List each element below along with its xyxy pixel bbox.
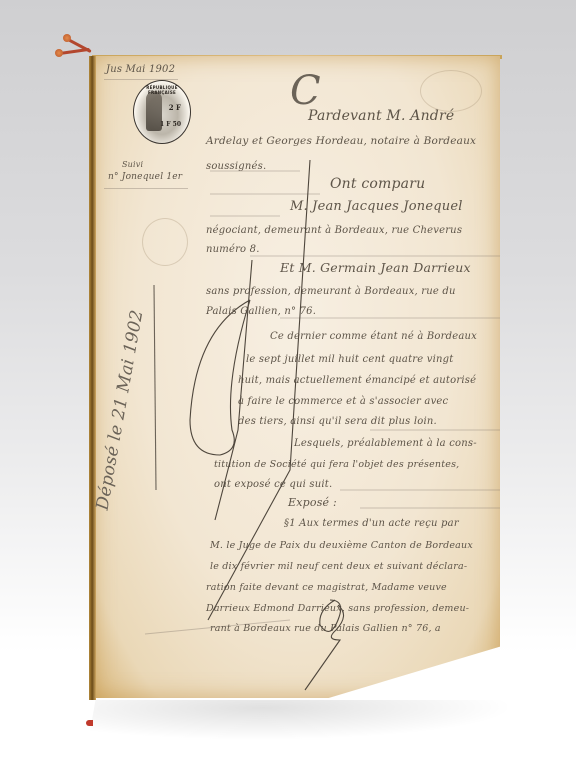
body-line: soussignés. [206, 161, 266, 172]
body-line: Lesquels, préalablement à la cons- [294, 438, 477, 449]
document-shadow [88, 700, 515, 740]
cord-tuft-upper [63, 34, 71, 42]
binding-cord-bottom [86, 720, 93, 726]
body-line: Darrieux Edmond Darrieux, sans professio… [206, 603, 469, 614]
body-line: à faire le commerce et à s'associer avec [238, 396, 448, 407]
body-line: rant à Bordeaux rue du Palais Gallien n°… [210, 623, 441, 634]
margin-note-line-2: n° Jonequel 1er [108, 172, 182, 182]
margin-note-rule [104, 188, 188, 189]
body-line: négociant, demeurant à Bordeaux, rue Che… [206, 225, 462, 236]
cord-tuft-lower [55, 49, 63, 57]
body-line: le dix février mil neuf cent deux et sui… [210, 561, 467, 572]
stamp-value-bottom: 1 F 50 [160, 121, 181, 128]
body-line: Pardevant M. André [308, 108, 454, 124]
body-line: M. le Juge de Paix du deuxième Canton de… [210, 540, 473, 551]
body-line: Ont comparu [330, 176, 425, 192]
body-line: numéro 8. [206, 244, 260, 255]
body-line: Ardelay et Georges Hordeau, notaire à Bo… [206, 135, 476, 147]
body-line: M. Jean Jacques Jonequel [290, 199, 463, 214]
body-line: §1 Aux termes d'un acte reçu par [284, 518, 459, 529]
header-date-note: Jus Mai 1902 [106, 64, 175, 75]
margin-note-line-1: Suivi [122, 160, 143, 169]
body-line: Ce dernier comme étant né à Bordeaux [270, 331, 477, 342]
body-line: Palais Gallien, n° 76. [206, 306, 316, 317]
stamp-value-top: 2 F [169, 103, 181, 112]
embossed-seal-left [142, 218, 188, 266]
body-line: huit, mais actuellement émancipé et auto… [238, 375, 476, 386]
body-line: sans profession, demeurant à Bordeaux, r… [206, 286, 456, 297]
body-line: Exposé : [288, 496, 337, 509]
body-line: ration faite devant ce magistrat, Madame… [206, 582, 447, 593]
page-spine [89, 56, 96, 700]
stamp-inscription: RÉPUBLIQUE FRANÇAISE [138, 85, 186, 95]
body-line: des tiers, ainsi qu'il sera dit plus loi… [238, 416, 437, 427]
body-line: le sept juillet mil huit cent quatre vin… [246, 354, 454, 365]
body-line: ont exposé ce qui suit. [214, 479, 332, 490]
body-line: titution de Société qui fera l'objet des… [214, 459, 459, 470]
tax-stamp: RÉPUBLIQUE FRANÇAISE 2 F 1 F 50 [133, 80, 191, 144]
body-line: Et M. Germain Jean Darrieux [280, 260, 471, 275]
embossed-seal-right [420, 70, 482, 112]
